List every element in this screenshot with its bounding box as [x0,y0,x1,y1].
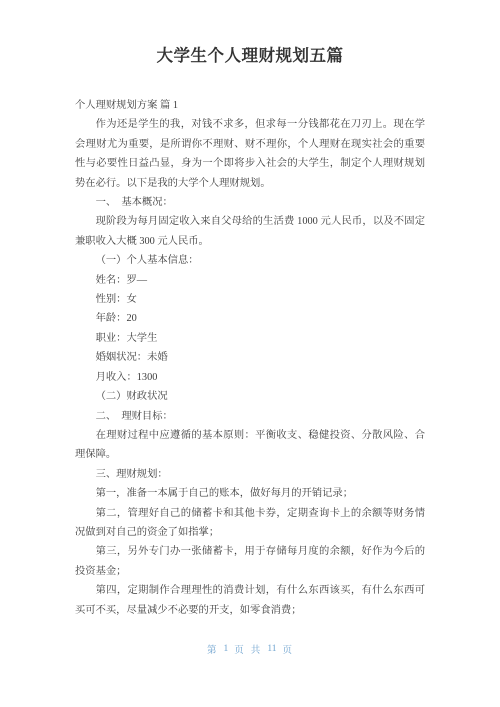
paragraph: 姓名：罗— [75,271,425,290]
paragraph: 在理财过程中应遵循的基本原则：平衡收支、稳健投资、分散风险、合理保障。 [75,426,425,465]
paragraph: 职业：大学生 [75,329,425,348]
footer-of-label: 共 [251,642,262,656]
section-heading: 个人理财规划方案 篇 1 [75,96,425,115]
footer-current-page: 1 [224,644,229,654]
paragraph: 二、 理财目标： [75,407,425,426]
paragraph: 第一，准备一本属于自己的账本，做好每月的开销记录； [75,484,425,503]
paragraph: 婚姻状况：未婚 [75,348,425,367]
footer-page-label: 页 [234,642,245,656]
paragraph: 第三，另外专门办一张储蓄卡，用于存储每月度的余额，好作为今后的投资基金； [75,542,425,581]
footer-total-pages: 11 [267,644,276,654]
footer-page-prefix: 第 [207,642,218,656]
paragraph: （一）个人基本信息： [75,251,425,270]
paragraph: 三、理财规划： [75,465,425,484]
document-page: 大学生个人理财规划五篇 个人理财规划方案 篇 1 作为还是学生的我，对钱不求多，… [0,0,500,707]
footer-pages-label: 页 [282,642,293,656]
paragraph: 年龄：20 [75,309,425,328]
paragraph: 月收入：1300 [75,368,425,387]
paragraph: 第四，定期制作合理理性的消费计划，有什么东西该买，有什么东西可买可不买，尽量减少… [75,581,425,620]
document-title: 大学生个人理财规划五篇 [0,0,500,66]
paragraph: 现阶段为每月固定收入来自父母给的生活费 1000 元人民币，以及不固定兼职收入大… [75,212,425,251]
paragraph: 性别：女 [75,290,425,309]
page-footer: 第 1 页 共 11 页 [0,642,500,656]
document-body: 个人理财规划方案 篇 1 作为还是学生的我，对钱不求多，但求每一分钱都花在刀刃上… [75,96,425,620]
paragraph: （二）财政状况 [75,387,425,406]
paragraph: 一、 基本概况： [75,193,425,212]
paragraph: 作为还是学生的我，对钱不求多，但求每一分钱都花在刀刃上。现在学会理财尤为重要，是… [75,115,425,193]
paragraph: 第二，管理好自己的储蓄卡和其他卡券，定期查询卡上的余额等财务情况做到对自己的资金… [75,504,425,543]
